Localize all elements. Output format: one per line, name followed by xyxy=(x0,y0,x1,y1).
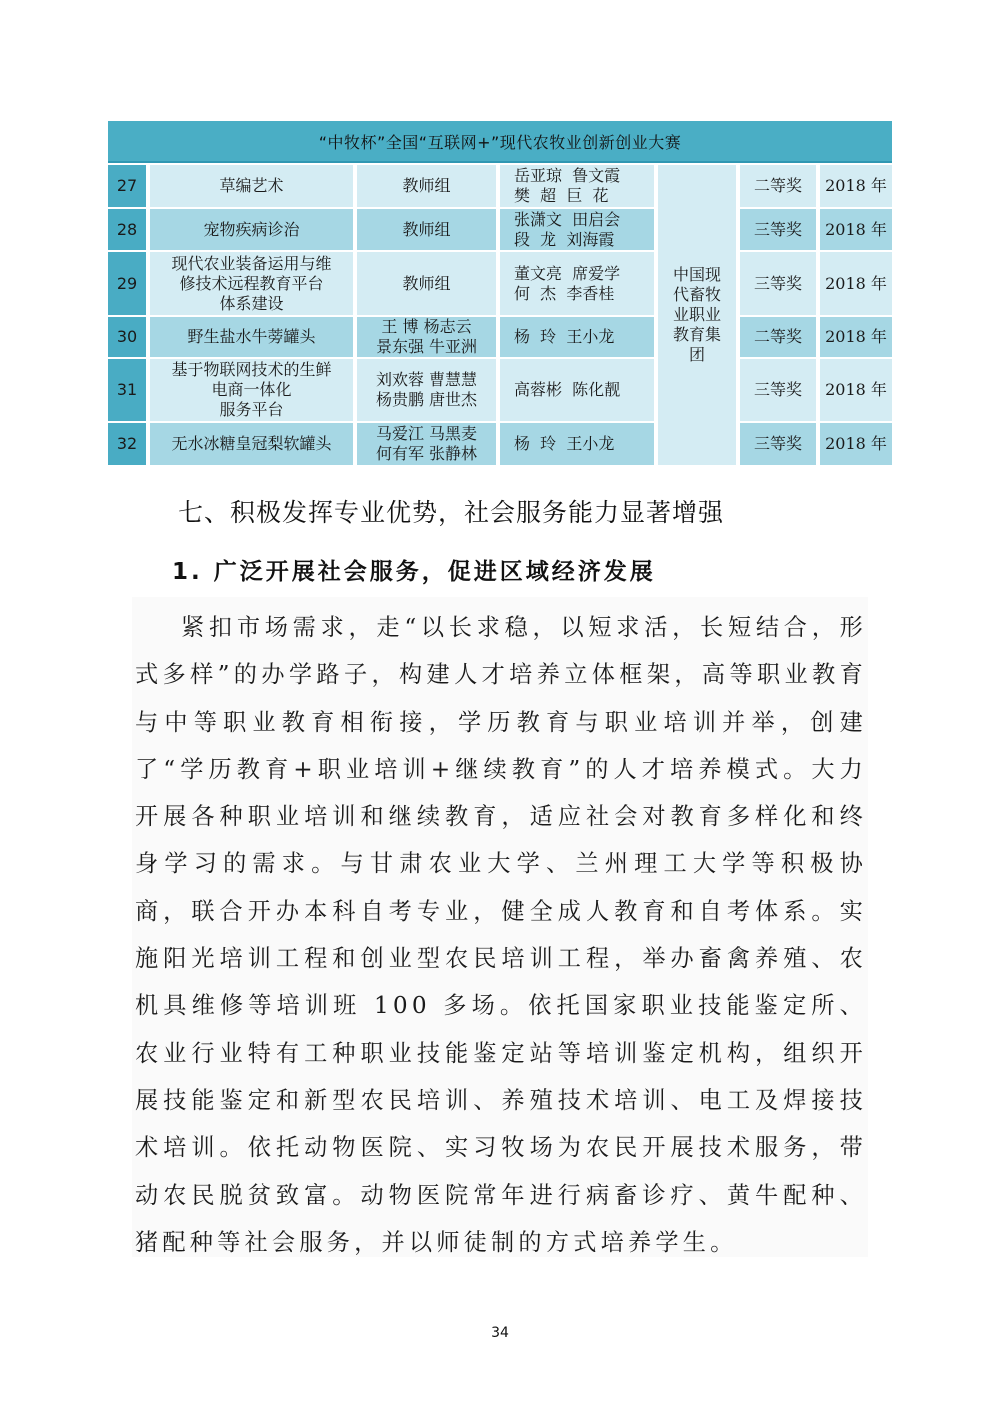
award-year: 2018 年 xyxy=(820,209,892,250)
row-number: 32 xyxy=(108,423,146,465)
row-number: 30 xyxy=(108,317,146,357)
awards-table: “中牧杯”全国“互联网+”现代农牧业创新创业大赛 27 草编艺术 教师组 岳亚琼… xyxy=(106,119,894,467)
mentors: 杨 玲 王小龙 xyxy=(500,317,654,357)
category: 教师组 xyxy=(357,252,496,315)
award-year: 2018 年 xyxy=(820,252,892,315)
award-level: 三等奖 xyxy=(740,209,816,250)
category: 王 博 杨志云景东强 牛亚洲 xyxy=(357,317,496,357)
row-number: 31 xyxy=(108,359,146,421)
row-number: 28 xyxy=(108,209,146,250)
section-heading: 七、积极发挥专业优势，社会服务能力显著增强 xyxy=(178,493,724,529)
project-name: 无水冰糖皇冠梨软罐头 xyxy=(150,423,353,465)
award-level: 二等奖 xyxy=(740,165,816,207)
project-name: 现代农业装备运用与维修技术远程教育平台体系建设 xyxy=(150,252,353,315)
mentors: 张潇文 田启会段 龙 刘海霞 xyxy=(500,209,654,250)
body-paragraph: 紧扣市场需求，走“以长求稳，以短求活，长短结合，形式多样”的办学路子，构建人才培… xyxy=(135,604,867,1266)
table-title: “中牧杯”全国“互联网+”现代农牧业创新创业大赛 xyxy=(108,121,892,163)
award-year: 2018 年 xyxy=(820,359,892,421)
mentors: 岳亚琼 鲁文霞樊 超 巨 花 xyxy=(500,165,654,207)
award-year: 2018 年 xyxy=(820,423,892,465)
category: 教师组 xyxy=(357,209,496,250)
award-level: 三等奖 xyxy=(740,252,816,315)
award-level: 三等奖 xyxy=(740,359,816,421)
award-year: 2018 年 xyxy=(820,165,892,207)
page-number: 34 xyxy=(0,1325,1000,1341)
project-name: 野生盐水牛蒡罐头 xyxy=(150,317,353,357)
category: 马爱江 马黑麦何有军 张静林 xyxy=(357,423,496,465)
project-name: 基于物联网技术的生鲜电商一体化服务平台 xyxy=(150,359,353,421)
award-year: 2018 年 xyxy=(820,317,892,357)
row-number: 27 xyxy=(108,165,146,207)
award-level: 三等奖 xyxy=(740,423,816,465)
mentors: 杨 玲 王小龙 xyxy=(500,423,654,465)
project-name: 草编艺术 xyxy=(150,165,353,207)
category: 刘欢蓉 曹慧慧杨贵鹏 唐世杰 xyxy=(357,359,496,421)
mentors: 高蓉彬 陈化靓 xyxy=(500,359,654,421)
organizer: 中国现 代畜牧 业职业 教育集 团 xyxy=(658,165,736,465)
mentors: 董文亮 席爱学何 杰 李香桂 xyxy=(500,252,654,315)
row-number: 29 xyxy=(108,252,146,315)
subsection-heading: 1. 广泛开展社会服务，促进区域经济发展 xyxy=(172,553,656,586)
award-level: 二等奖 xyxy=(740,317,816,357)
category: 教师组 xyxy=(357,165,496,207)
project-name: 宠物疾病诊治 xyxy=(150,209,353,250)
